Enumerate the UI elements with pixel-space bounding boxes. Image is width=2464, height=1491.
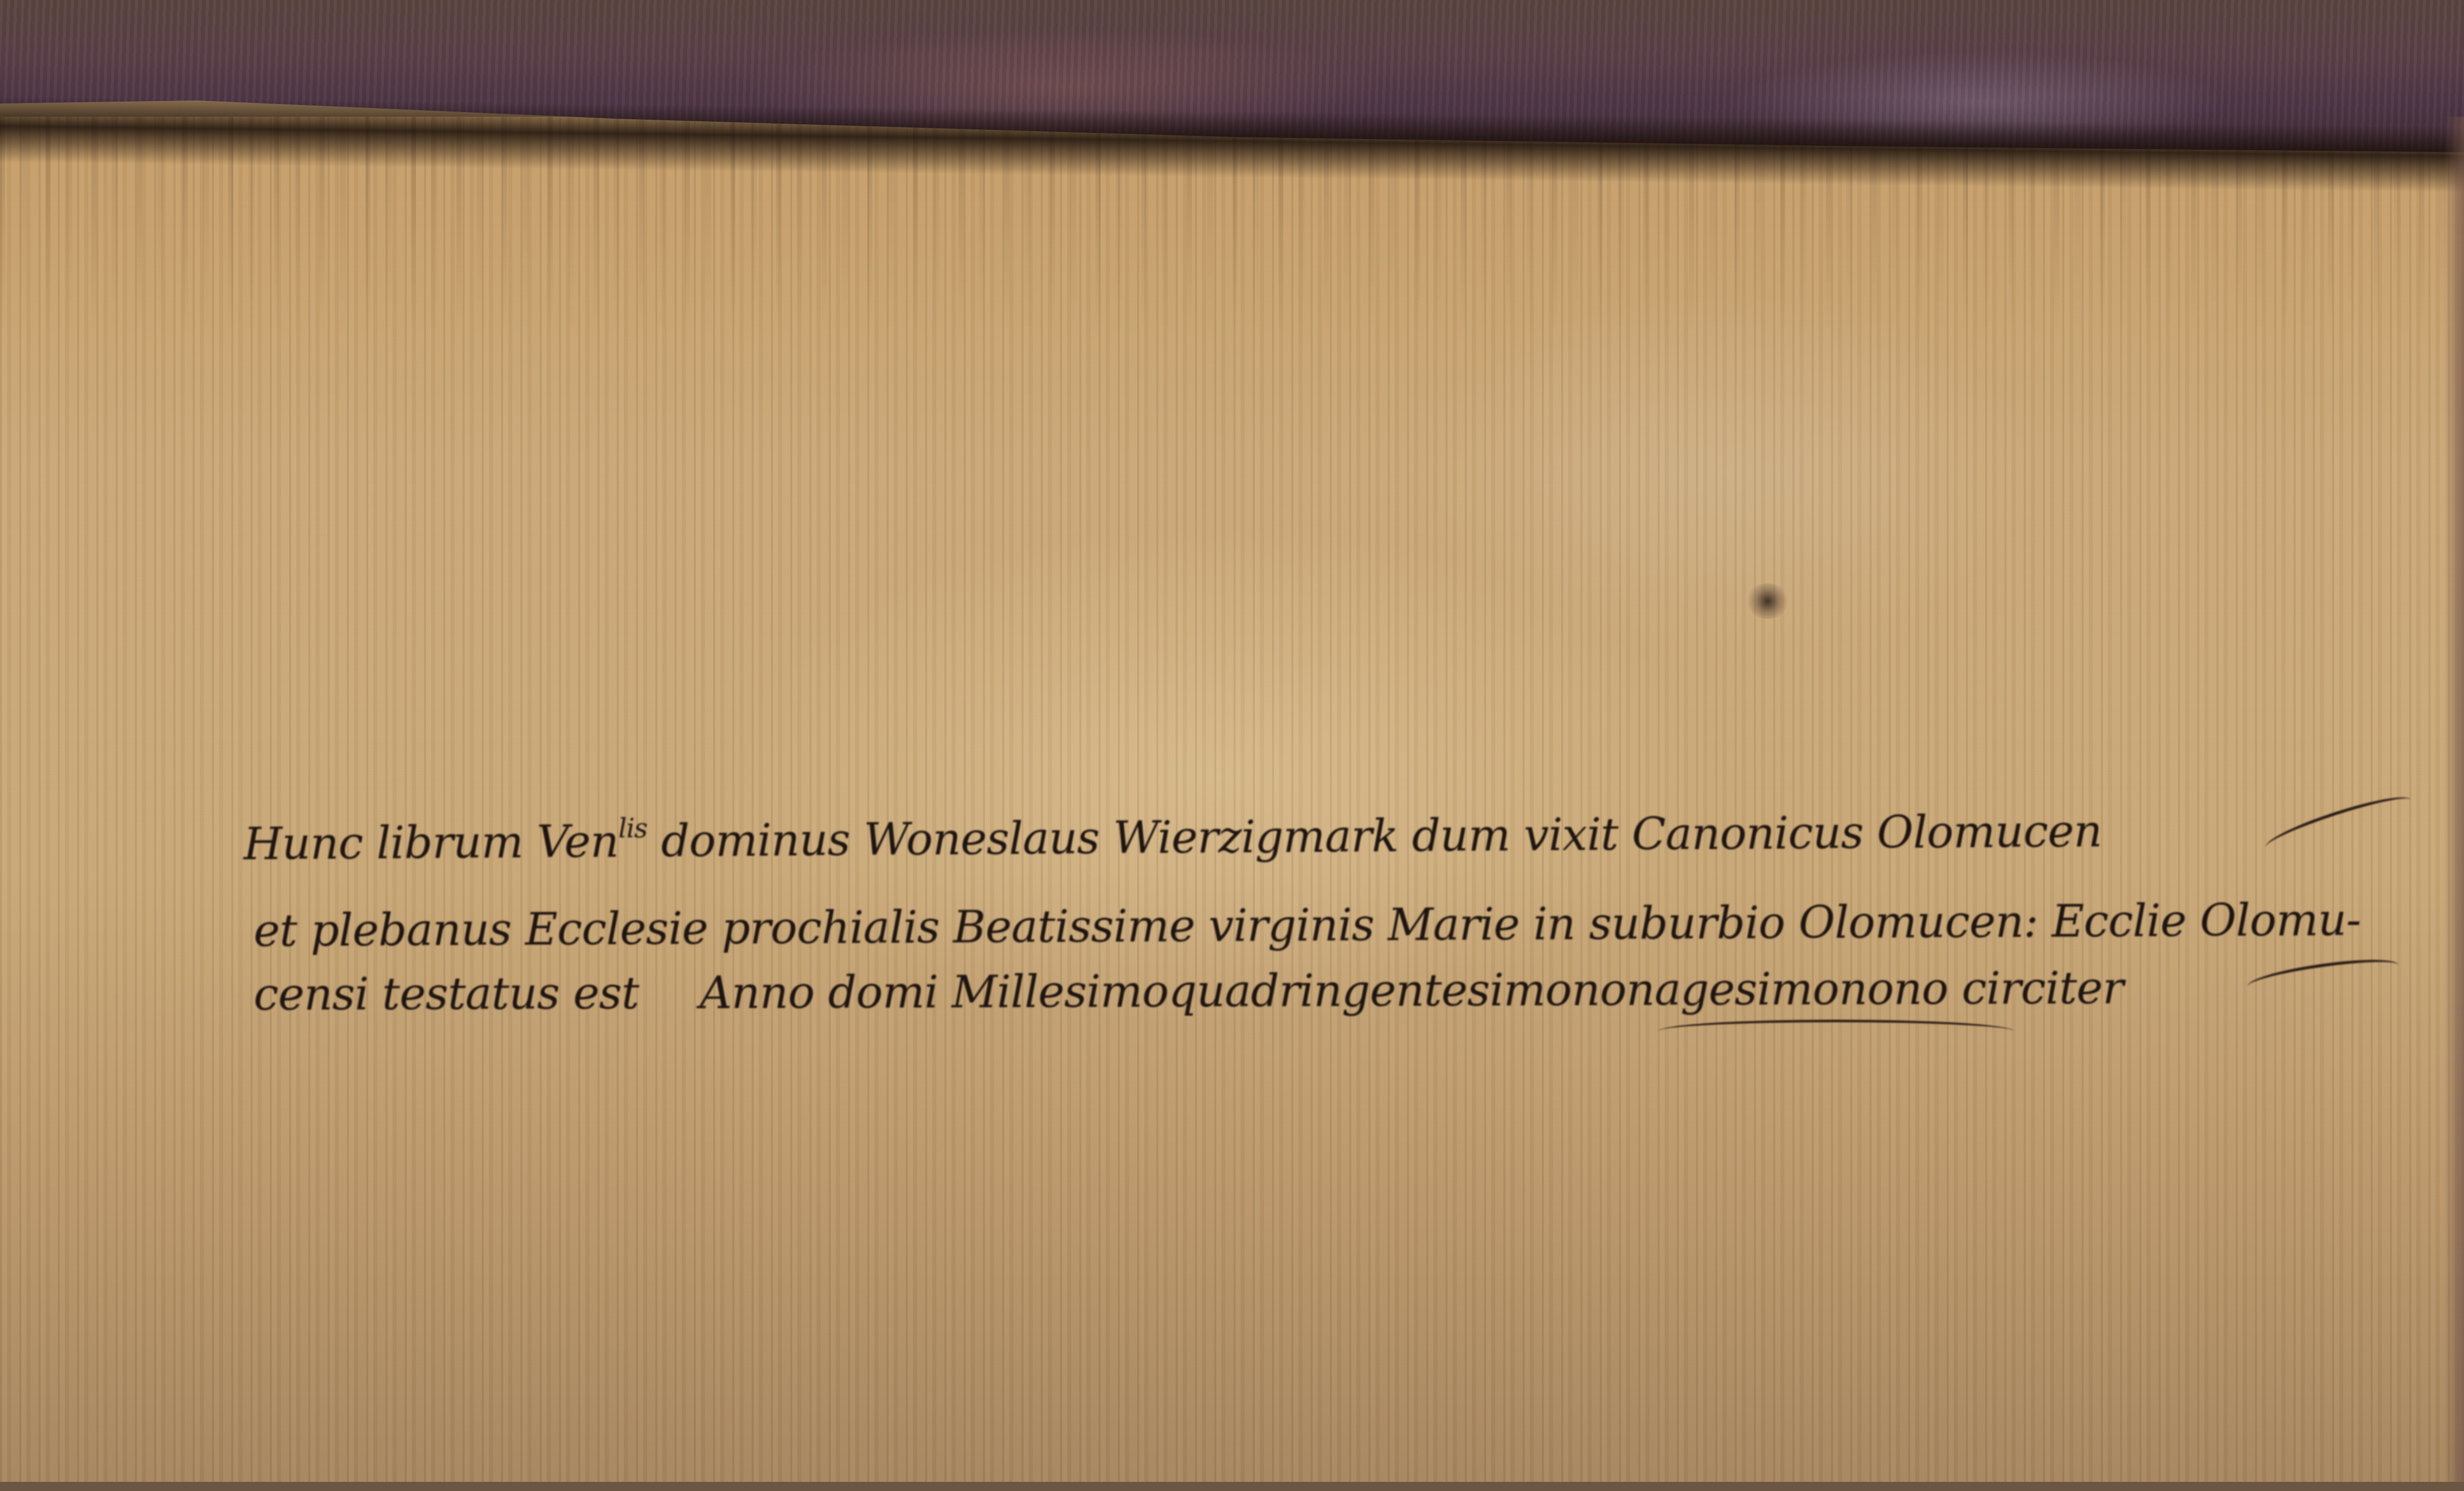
line-2-text: et plebanus Ecclesie prochialis Beatissi… bbox=[254, 893, 2361, 957]
wooden-board-pastedown bbox=[0, 117, 2464, 1491]
manuscript-photo: Hunc librum Venlis dominus Woneslaus Wie… bbox=[0, 0, 2464, 1491]
abbreviation-superscript: lis bbox=[618, 813, 647, 844]
board-right-edge bbox=[2444, 117, 2464, 1491]
line-1-text-end: dominus Woneslaus Wierzigmark dum vixit … bbox=[647, 805, 2102, 867]
line-3-text-start: censi testatus est bbox=[254, 967, 639, 1021]
inscription-line-2: et plebanus Ecclesie prochialis Beatissi… bbox=[254, 897, 2361, 953]
abbreviation-flourish bbox=[1659, 1020, 2014, 1043]
ink-stain bbox=[1745, 583, 1790, 619]
line-3-date-text: Anno domi Millesimoquadringentesimononag… bbox=[699, 962, 2123, 1019]
board-bottom-edge bbox=[0, 1482, 2464, 1491]
line-1-text-start: Hunc librum Ven bbox=[243, 815, 619, 870]
inscription-line-3: censi testatus estAnno domi Millesimoqua… bbox=[254, 966, 2124, 1017]
